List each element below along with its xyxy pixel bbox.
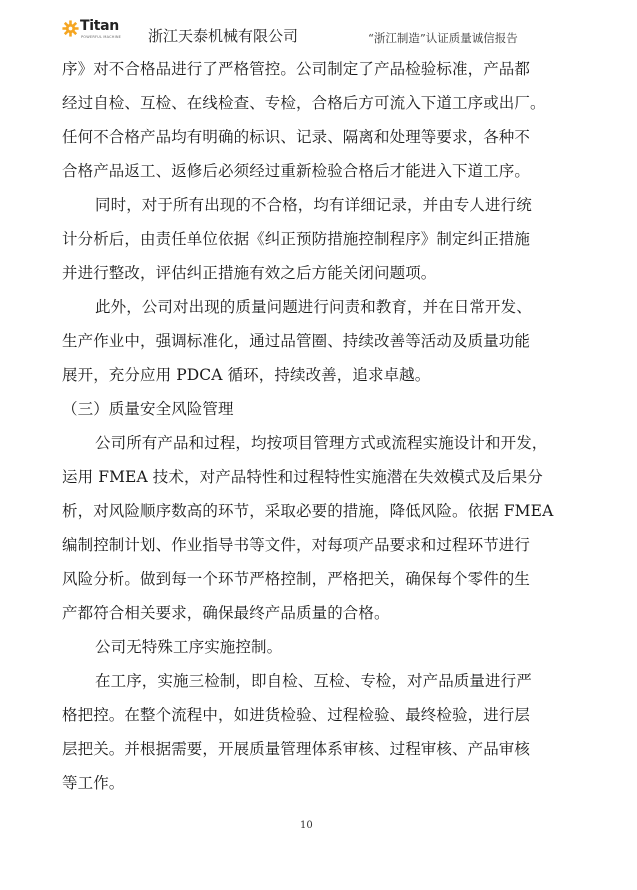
text-line: 编制控制计划、作业指导书等文件，对每项产品要求和过程环节进行 [62, 528, 582, 562]
text-line: 产都符合相关要求，确保最终产品质量的合格。 [62, 596, 582, 630]
page-number: 10 [300, 820, 313, 831]
text-line: 在工序，实施三检制，即自检、互检、专检，对产品质量进行严 [62, 664, 582, 698]
text-line: 格把控。在整个流程中，如进货检验、过程检验、最终检验，进行层 [62, 698, 582, 732]
text-line: 合格产品返工、返修后必须经过重新检验合格后才能进入下道工序。 [62, 154, 582, 188]
text-line: 公司所有产品和过程，均按项目管理方式或流程实施设计和开发， [62, 426, 582, 460]
text-line: 计分析后，由责任单位依据《纠正预防措施控制程序》制定纠正措施 [62, 222, 582, 256]
text-line: 并进行整改，评估纠正措施有效之后方能关闭问题项。 [62, 256, 582, 290]
text-line: 任何不合格产品均有明确的标识、记录、隔离和处理等要求，各种不 [62, 120, 582, 154]
text-line: 等工作。 [62, 766, 582, 800]
page-header: Titan POWERFUL MACHINE 浙江天泰机械有限公司 “浙江制造”… [0, 0, 637, 52]
text-line: 同时，对于所有出现的不合格，均有详细记录，并由专人进行统 [62, 188, 582, 222]
text-line: 生产作业中，强调标准化，通过品管圈、持续改善等活动及质量功能 [62, 324, 582, 358]
logo-wordmark: Titan [80, 18, 119, 34]
company-logo: Titan POWERFUL MACHINE [62, 20, 122, 44]
text-line: 运用 FMEA 技术，对产品特性和过程特性实施潜在失效模式及后果分 [62, 460, 582, 494]
document-body: 序》对不合格品进行了严格管控。公司制定了产品检验标准，产品都经过自检、互检、在线… [62, 52, 582, 800]
text-line: 公司无特殊工序实施控制。 [62, 630, 582, 664]
report-title: “浙江制造”认证质量诚信报告 [368, 30, 518, 46]
text-line: 展开，充分应用 PDCA 循环，持续改善，追求卓越。 [62, 358, 582, 392]
text-line: 经过自检、互检、在线检查、专检，合格后方可流入下道工序或出厂。 [62, 86, 582, 120]
text-line: 风险分析。做到每一个环节严格控制，严格把关，确保每个零件的生 [62, 562, 582, 596]
gear-icon [62, 20, 79, 37]
company-name: 浙江天泰机械有限公司 [148, 25, 298, 46]
section-heading: （三）质量安全风险管理 [62, 392, 582, 426]
text-line: 层把关。并根据需要，开展质量管理体系审核、过程审核、产品审核 [62, 732, 582, 766]
text-line: 序》对不合格品进行了严格管控。公司制定了产品检验标准，产品都 [62, 52, 582, 86]
logo-tagline: POWERFUL MACHINE [81, 35, 121, 39]
text-line: 此外，公司对出现的质量问题进行问责和教育，并在日常开发、 [62, 290, 582, 324]
text-line: 析，对风险顺序数高的环节，采取必要的措施，降低风险。依据 FMEA [62, 494, 582, 528]
